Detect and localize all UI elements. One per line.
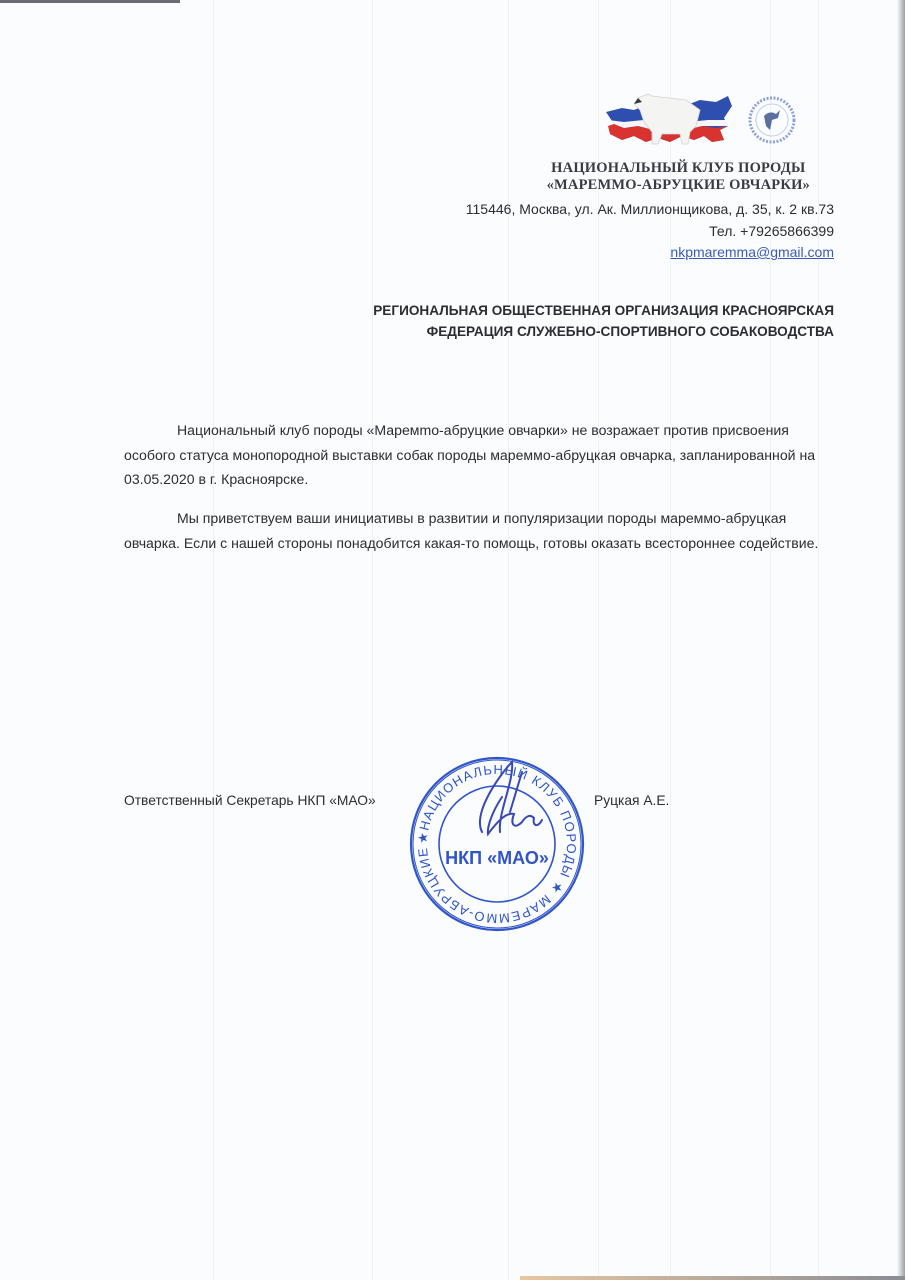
fci-emblem-icon (748, 96, 796, 144)
scan-edge-top (0, 0, 180, 3)
scan-artifact-line (213, 0, 214, 1280)
official-stamp-icon: ★НАЦИОНАЛЬНЫЙ КЛУБ ПОРОДЫ ★ МАРЕММО-АБРУ… (402, 752, 592, 937)
recipient-block: РЕГИОНАЛЬНАЯ ОБЩЕСТВЕННАЯ ОРГАНИЗАЦИЯ КР… (373, 301, 834, 342)
phone: Тел. +79265866399 (466, 221, 834, 243)
svg-text:НКП «МАО»: НКП «МАО» (445, 848, 549, 868)
scan-artifact-line (818, 0, 819, 1280)
recipient-line1: РЕГИОНАЛЬНАЯ ОБЩЕСТВЕННАЯ ОРГАНИЗАЦИЯ КР… (373, 301, 834, 322)
body-paragraph-2: Мы приветствуем ваши инициативы в развит… (124, 506, 824, 555)
russia-map-dog-logo-icon (604, 92, 736, 154)
scan-artifact-line (508, 0, 509, 1280)
body-paragraph-1: Национальный клуб породы «Маремmo-абруцк… (124, 418, 824, 492)
club-name-line2: «МАРЕММО-АБРУЦКИЕ ОВЧАРКИ» (547, 177, 810, 194)
signatory-name: Руцкая А.Е. (594, 793, 669, 808)
email-link[interactable]: nkpmaremma@gmail.com (466, 242, 834, 264)
paragraph-text: Мы приветствуем ваши инициативы в развит… (124, 506, 824, 555)
club-name: НАЦИОНАЛЬНЫЙ КЛУБ ПОРОДЫ «МАРЕММО-АБРУЦК… (547, 160, 810, 194)
address: 115446, Москва, ул. Ак. Миллионщикова, д… (466, 199, 834, 221)
scan-edge-bottom (520, 1276, 905, 1280)
signatory-role: Ответственный Секретарь НКП «МАО» (124, 793, 376, 808)
paragraph-text: Национальный клуб породы «Маремmo-абруцк… (124, 418, 824, 492)
contact-block: 115446, Москва, ул. Ак. Миллионщикова, д… (466, 199, 834, 264)
recipient-line2: ФЕДЕРАЦИЯ СЛУЖЕБНО-СПОРТИВНОГО СОБАКОВОД… (373, 322, 834, 343)
scanned-letter-page: НАЦИОНАЛЬНЫЙ КЛУБ ПОРОДЫ «МАРЕММО-АБРУЦК… (0, 0, 905, 1280)
scan-edge-right (897, 0, 905, 1280)
scan-artifact-line (372, 0, 373, 1280)
club-name-line1: НАЦИОНАЛЬНЫЙ КЛУБ ПОРОДЫ (547, 160, 810, 177)
